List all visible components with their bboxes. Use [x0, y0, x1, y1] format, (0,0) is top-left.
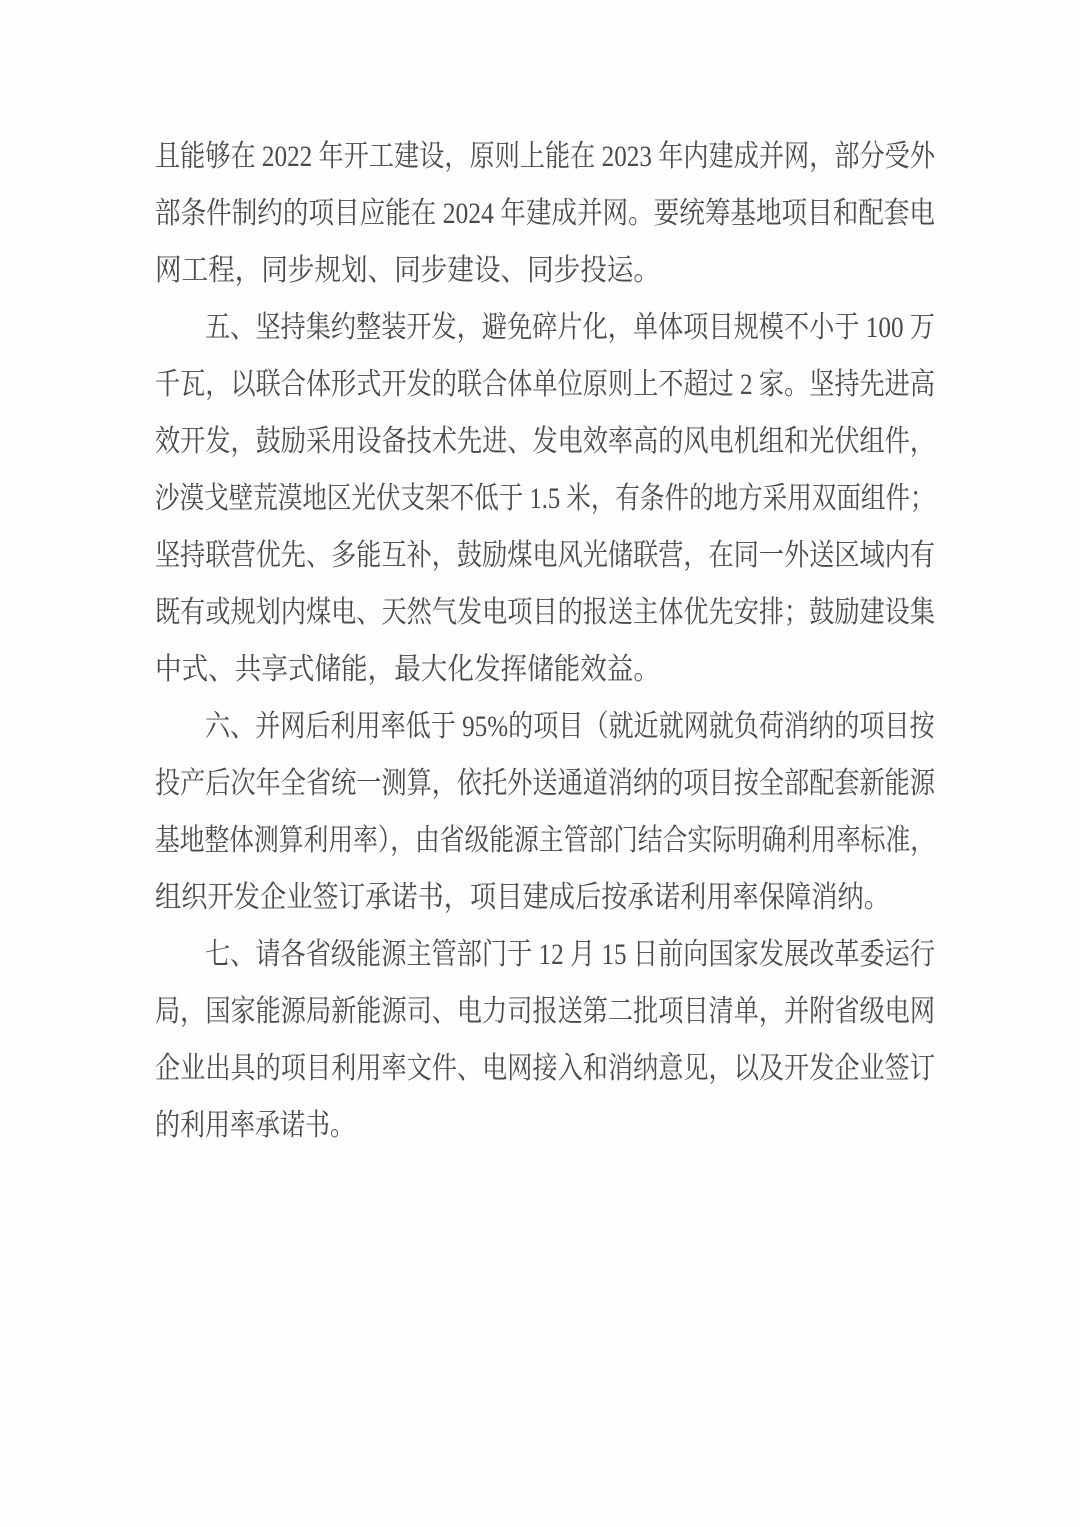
document-line: 中式、共享式储能，最大化发挥储能效益。: [155, 641, 935, 698]
document-line: 且能够在 2022 年开工建设，原则上能在 2023 年内建成并网，部分受外: [155, 128, 935, 185]
line-text: 组织开发企业签订承诺书，项目建成后按承诺利用率保障消纳。: [155, 869, 890, 926]
document-line: 千瓦，以联合体形式开发的联合体单位原则上不超过 2 家。坚持先进高: [155, 356, 935, 413]
line-text: 的利用率承诺书。: [155, 1097, 355, 1154]
line-text: 既有或规划内煤电、天然气发电项目的报送主体优先安排；鼓励建设集: [155, 584, 935, 641]
document-line: 沙漠戈壁荒漠地区光伏支架不低于 1.5 米，有条件的地方采用双面组件；: [155, 470, 935, 527]
line-text: 且能够在 2022 年开工建设，原则上能在 2023 年内建成并网，部分受外: [155, 128, 935, 185]
line-text: 五、坚持集约整装开发，避免碎片化，单体项目规模不小于 100 万: [205, 299, 935, 356]
document-line: 效开发，鼓励采用设备技术先进、发电效率高的风电机组和光伏组件，: [155, 413, 935, 470]
document-line: 五、坚持集约整装开发，避免碎片化，单体项目规模不小于 100 万: [155, 299, 935, 356]
line-text: 六、并网后利用率低于 95%的项目（就近就网就负荷消纳的项目按: [205, 698, 935, 755]
document-line: 网工程，同步规划、同步建设、同步投运。: [155, 242, 935, 299]
paragraph-continuation: 且能够在 2022 年开工建设，原则上能在 2023 年内建成并网，部分受外 部…: [155, 128, 935, 299]
line-text: 部条件制约的项目应能在 2024 年建成并网。要统筹基地项目和配套电: [155, 185, 935, 242]
document-line: 既有或规划内煤电、天然气发电项目的报送主体优先安排；鼓励建设集: [155, 584, 935, 641]
document-page: 且能够在 2022 年开工建设，原则上能在 2023 年内建成并网，部分受外 部…: [0, 0, 1080, 1527]
line-text: 网工程，同步规划、同步建设、同步投运。: [155, 242, 660, 299]
line-text: 局，国家能源局新能源司、电力司报送第二批项目清单，并附省级电网: [155, 983, 935, 1040]
line-text: 千瓦，以联合体形式开发的联合体单位原则上不超过 2 家。坚持先进高: [155, 356, 935, 413]
document-line: 七、请各省级能源主管部门于 12 月 15 日前向国家发展改革委运行: [155, 926, 935, 983]
line-text: 沙漠戈壁荒漠地区光伏支架不低于 1.5 米，有条件的地方采用双面组件；: [155, 470, 935, 527]
line-text: 坚持联营优先、多能互补，鼓励煤电风光储联营，在同一外送区域内有: [155, 527, 935, 584]
document-line: 六、并网后利用率低于 95%的项目（就近就网就负荷消纳的项目按: [155, 698, 935, 755]
document-line: 投产后次年全省统一测算，依托外送通道消纳的项目按全部配套新能源: [155, 755, 935, 812]
paragraph-item-5: 五、坚持集约整装开发，避免碎片化，单体项目规模不小于 100 万 千瓦，以联合体…: [155, 299, 935, 698]
document-line: 部条件制约的项目应能在 2024 年建成并网。要统筹基地项目和配套电: [155, 185, 935, 242]
line-text: 基地整体测算利用率），由省级能源主管部门结合实际明确利用率标准，: [155, 812, 935, 869]
document-line: 的利用率承诺书。: [155, 1097, 935, 1154]
document-text: 且能够在 2022 年开工建设，原则上能在 2023 年内建成并网，部分受外 部…: [155, 128, 935, 1154]
paragraph-item-7: 七、请各省级能源主管部门于 12 月 15 日前向国家发展改革委运行 局，国家能…: [155, 926, 935, 1154]
line-text: 七、请各省级能源主管部门于 12 月 15 日前向国家发展改革委运行: [205, 926, 935, 983]
document-line: 局，国家能源局新能源司、电力司报送第二批项目清单，并附省级电网: [155, 983, 935, 1040]
line-text: 投产后次年全省统一测算，依托外送通道消纳的项目按全部配套新能源: [155, 755, 935, 812]
document-line: 企业出具的项目利用率文件、电网接入和消纳意见，以及开发企业签订: [155, 1040, 935, 1097]
document-line: 坚持联营优先、多能互补，鼓励煤电风光储联营，在同一外送区域内有: [155, 527, 935, 584]
line-text: 中式、共享式储能，最大化发挥储能效益。: [155, 641, 660, 698]
document-line: 组织开发企业签订承诺书，项目建成后按承诺利用率保障消纳。: [155, 869, 935, 926]
line-text: 企业出具的项目利用率文件、电网接入和消纳意见，以及开发企业签订: [155, 1040, 935, 1097]
paragraph-item-6: 六、并网后利用率低于 95%的项目（就近就网就负荷消纳的项目按 投产后次年全省统…: [155, 698, 935, 926]
document-line: 基地整体测算利用率），由省级能源主管部门结合实际明确利用率标准，: [155, 812, 935, 869]
line-text: 效开发，鼓励采用设备技术先进、发电效率高的风电机组和光伏组件，: [155, 413, 935, 470]
